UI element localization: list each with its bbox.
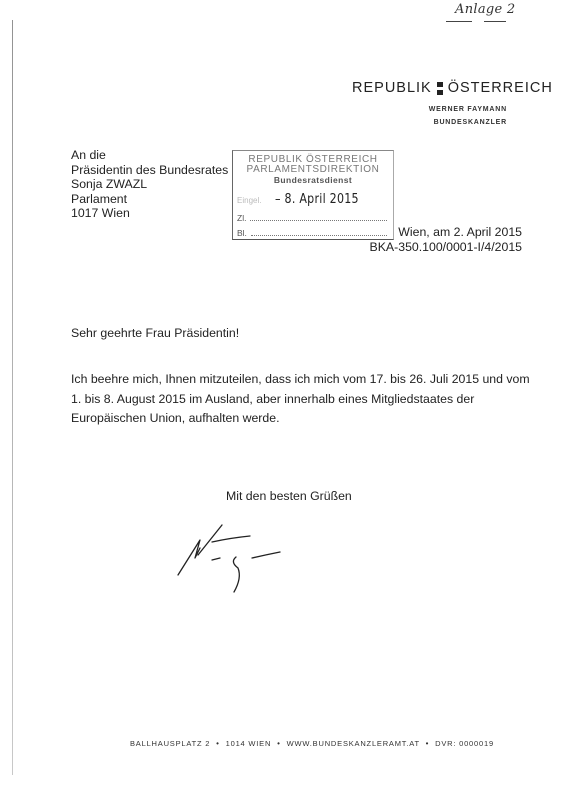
- stamp-date-value: – 8. April 2015: [275, 191, 359, 207]
- footer-separator: •: [426, 739, 430, 748]
- sender-title: BUNDESKANZLER: [429, 116, 507, 129]
- address-line: Parlament: [71, 192, 228, 207]
- address-line: 1017 Wien: [71, 206, 228, 221]
- stamp-zl-label: Zl.: [237, 213, 246, 223]
- stamp-date-row: Eingel. – 8. April 2015: [237, 191, 389, 207]
- stamp-line-2: PARLAMENTSDIREKTION: [233, 165, 393, 175]
- handwritten-signature-icon: [170, 500, 320, 595]
- sender-name: WERNER FAYMANN: [429, 103, 507, 116]
- stamp-bl-dots: [251, 228, 387, 236]
- letter-body: Ich beehre mich, Ihnen mitzuteilen, dass…: [71, 370, 531, 429]
- footer-city: 1014 WIEN: [226, 739, 272, 748]
- address-line: Präsidentin des Bundesrates: [71, 163, 228, 178]
- letter-footer: BALLHAUSPLATZ 2 • 1014 WIEN • WWW.BUNDES…: [130, 739, 494, 748]
- annotation-underline-left: [446, 21, 472, 22]
- salutation: Sehr geehrte Frau Präsidentin!: [71, 326, 239, 340]
- address-line: Sonja ZWAZL: [71, 177, 228, 192]
- logo-left-word: REPUBLIK: [352, 80, 432, 96]
- austria-mark-icon: [437, 82, 443, 95]
- recipient-address: An die Präsidentin des Bundesrates Sonja…: [71, 148, 228, 221]
- place-date: Wien, am 2. April 2015: [370, 225, 522, 240]
- scan-edge-line: [12, 20, 13, 775]
- footer-address: BALLHAUSPLATZ 2: [130, 739, 210, 748]
- stamp-zl-dots: [250, 213, 387, 221]
- footer-separator: •: [216, 739, 220, 748]
- dateline: Wien, am 2. April 2015 BKA-350.100/0001-…: [370, 225, 522, 254]
- stamp-bl-label: Bl.: [237, 228, 247, 238]
- reference-number: BKA-350.100/0001-I/4/2015: [370, 240, 522, 255]
- address-line: An die: [71, 148, 228, 163]
- logo-right-word: ÖSTERREICH: [448, 80, 553, 96]
- letterhead-logo: REPUBLIK ÖSTERREICH: [352, 80, 553, 96]
- stamp-bl-field: Bl.: [237, 228, 387, 238]
- footer-website: WWW.BUNDESKANZLERAMT.AT: [287, 739, 420, 748]
- stamp-date-label: Eingel.: [237, 196, 275, 205]
- footer-separator: •: [277, 739, 281, 748]
- sender-block: WERNER FAYMANN BUNDESKANZLER: [429, 103, 507, 129]
- stamp-line-3: Bundesratsdienst: [233, 175, 393, 185]
- annotation-underline-right: [484, 21, 506, 22]
- handwritten-annotation: Anlage 2: [455, 2, 516, 17]
- footer-dvr: DVR: 0000019: [435, 739, 494, 748]
- stamp-zl-field: Zl.: [237, 213, 387, 223]
